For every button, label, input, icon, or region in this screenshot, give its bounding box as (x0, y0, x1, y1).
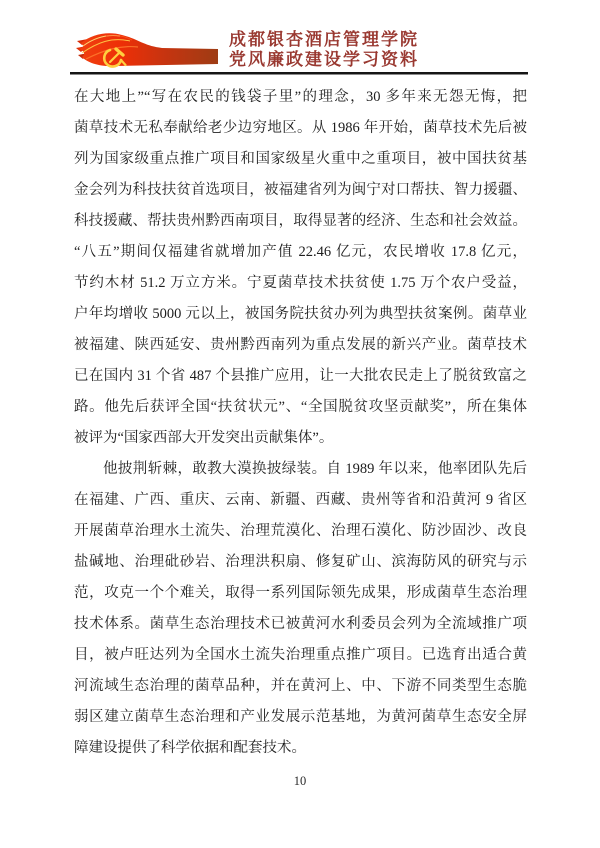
text-line: “八五”期间仅福建省就增加产值 22.46 亿元，农民增收 17.8 亿元， (74, 237, 527, 268)
party-flag-icon (76, 30, 218, 70)
text-line: 盐碱地、治理砒砂岩、治理洪积扇、修复矿山、滨海防风的研究与示 (74, 547, 527, 578)
text-line: 目，被卢旺达列为全国水土流失治理重点推广项目。已选育出适合黄 (74, 640, 527, 671)
header-title-line2: 党风廉政建设学习资料 (229, 50, 419, 70)
text-line: 在福建、广西、重庆、云南、新疆、西藏、贵州等省和沿黄河 9 省区 (74, 485, 527, 516)
text-line: 被福建、陕西延安、贵州黔西南列为重点发展的新兴产业。菌草技术 (74, 330, 527, 361)
text-line: 开展菌草治理水土流失、治理荒漠化、治理石漠化、防沙固沙、改良 (74, 516, 527, 547)
text-line: 列为国家级重点推广项目和国家级星火重中之重项目，被中国扶贫基 (74, 144, 527, 175)
header-titles: 成都银杏酒店管理学院 党风廉政建设学习资料 (229, 30, 419, 70)
text-line: 科技援藏、帮扶贵州黔西南项目，取得显著的经济、生态和社会效益。 (74, 206, 527, 237)
text-line: 户年均增收 5000 元以上，被国务院扶贫办列为典型扶贫案例。菌草业 (74, 299, 527, 330)
text-line: 被评为“国家西部大开发突出贡献集体”。 (74, 423, 527, 454)
text-line: 河流域生态治理的菌草品种，并在黄河上、中、下游不同类型生态脆 (74, 671, 527, 702)
page-number: 10 (0, 774, 600, 789)
text-line: 菌草技术无私奉献给老少边穷地区。从 1986 年开始，菌草技术先后被 (74, 113, 527, 144)
text-line: 在大地上”“写在农民的钱袋子里”的理念，30 多年来无怨无悔，把 (74, 82, 527, 113)
header-title-line1: 成都银杏酒店管理学院 (229, 30, 419, 50)
text-line: 障建设提供了科学依据和配套技术。 (74, 733, 527, 764)
text-line: 范，攻克一个个难关，取得一系列国际领先成果，形成菌草生态治理 (74, 578, 527, 609)
document-body: 在大地上”“写在农民的钱袋子里”的理念，30 多年来无怨无悔，把菌草技术无私奉献… (74, 82, 527, 764)
text-line: 路。他先后获评全国“扶贫状元”、“全国脱贫攻坚贡献奖”，所在集体 (74, 392, 527, 423)
text-line: 已在国内 31 个省 487 个县推广应用，让一大批农民走上了脱贫致富之 (74, 361, 527, 392)
header-divider (70, 72, 528, 75)
page-header: 成都银杏酒店管理学院 党风廉政建设学习资料 (0, 0, 600, 80)
text-line: 弱区建立菌草生态治理和产业发展示范基地，为黄河菌草生态安全屏 (74, 702, 527, 733)
text-line: 技术体系。菌草生态治理技术已被黄河水利委员会列为全流域推广项 (74, 609, 527, 640)
document-page: 成都银杏酒店管理学院 党风廉政建设学习资料 在大地上”“写在农民的钱袋子里”的理… (0, 0, 600, 848)
text-line: 他披荆斩棘，敢教大漠换披绿装。自 1989 年以来，他率团队先后 (74, 454, 527, 485)
text-line: 节约木材 51.2 万立方米。宁夏菌草技术扶贫使 1.75 万个农户受益， (74, 268, 527, 299)
text-line: 金会列为科技扶贫首选项目，被福建省列为闽宁对口帮扶、智力援疆、 (74, 175, 527, 206)
